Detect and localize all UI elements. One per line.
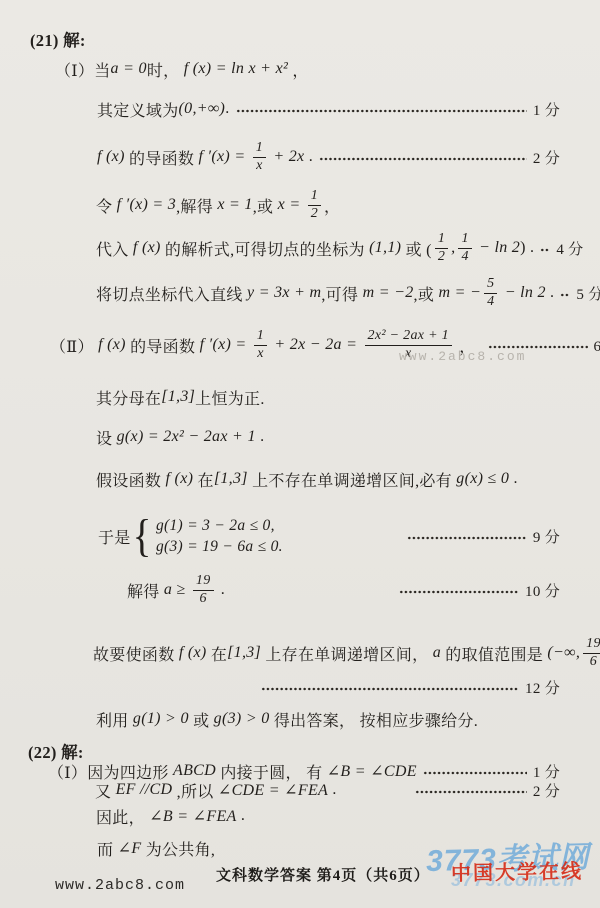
math-run: f (x) bbox=[166, 470, 194, 488]
math-run: g(x) = 2x² − 2ax + 1 bbox=[117, 428, 256, 446]
score-label: 2 分 bbox=[533, 147, 560, 168]
m-values-line: 将切点坐标代入直线 y = 3x + m,可得 m = −2,或 m = −54… bbox=[96, 272, 560, 314]
fraction-numerator: 1 bbox=[308, 188, 321, 206]
equation-system: {g(1) = 3 − 2a ≤ 0,g(3) = 19 − 6a ≤ 0. bbox=[131, 516, 283, 555]
therefore-line: 因此， ∠B = ∠FEA . bbox=[96, 804, 560, 828]
math-run: − ln 2 bbox=[475, 239, 520, 257]
text-run: 在 bbox=[193, 468, 214, 491]
conclusion-range-line: 故要使函数 f (x) 在[1,3] 上存在单调递增区间， a 的取值范围是 (… bbox=[93, 632, 560, 674]
score-label: 2 分 bbox=[533, 780, 560, 801]
system-line: 于是{g(1) = 3 − 2a ≤ 0,g(3) = 19 − 6a ≤ 0.… bbox=[98, 510, 560, 562]
text-run: . bbox=[237, 807, 246, 825]
math-run: f (x) bbox=[97, 148, 125, 166]
dotted-leader bbox=[540, 244, 550, 256]
text-run: . bbox=[546, 284, 555, 302]
define-g-line: 设 g(x) = 2x² − 2ax + 1 . bbox=[96, 424, 560, 450]
fraction-numerator: 5 bbox=[484, 276, 497, 294]
math-run: a = 0 bbox=[111, 60, 147, 78]
text-run: ) . bbox=[520, 239, 534, 257]
text-run: ,可得 bbox=[321, 282, 362, 305]
dotted-leader bbox=[236, 105, 527, 117]
text-run: . bbox=[225, 100, 229, 118]
math-run: g(3) > 0 bbox=[214, 710, 270, 728]
text-run: 为公共角, bbox=[141, 837, 215, 860]
brace-glyph: { bbox=[132, 516, 151, 555]
text-run: 得出答案， 按相应步骤给分. bbox=[270, 708, 479, 731]
text-run: ， bbox=[324, 194, 340, 217]
math-run: g(1) > 0 bbox=[133, 710, 189, 728]
problem-21-header: (21) 解: bbox=[30, 28, 560, 50]
solve-a-line: 解得 a ≥ 196 .10 分 bbox=[127, 570, 560, 610]
math-run: y = 3x + m bbox=[247, 284, 321, 302]
math-run: f (x) = ln x + x² bbox=[184, 60, 288, 78]
math-run: x = 1 bbox=[217, 196, 252, 214]
text-run: 假设函数 bbox=[96, 468, 166, 491]
text-run: 在 bbox=[207, 642, 228, 665]
math-run: f ′(x) = bbox=[200, 336, 251, 354]
math-run: − ln 2 bbox=[500, 284, 545, 302]
equation-row: g(3) = 19 − 6a ≤ 0. bbox=[156, 538, 283, 556]
derivative-line: f (x) 的导函数 f ′(x) = 1x + 2x .2 分 bbox=[97, 135, 560, 179]
dotted-leader bbox=[399, 586, 519, 598]
text-run: 上存在单调递增区间， bbox=[261, 642, 433, 665]
dotted-leader bbox=[560, 289, 570, 301]
text-run: . bbox=[217, 581, 226, 599]
dotted-leader bbox=[415, 786, 527, 798]
text-run: 上不存在单调递增区间,必有 bbox=[248, 468, 457, 491]
footer-site-url: www.2abc8.com bbox=[55, 877, 185, 894]
fraction-denominator: x bbox=[254, 158, 265, 175]
math-run: a ≥ bbox=[164, 581, 190, 599]
dotted-leader bbox=[423, 767, 527, 779]
math-run: f (x) bbox=[133, 239, 161, 257]
text-run: 将切点坐标代入直线 bbox=[96, 282, 247, 305]
math-run: [1,3] bbox=[161, 388, 195, 406]
text-run: ,或 bbox=[414, 282, 439, 305]
math-run: a bbox=[433, 644, 441, 662]
brand-watermark-university: 中国大学在线 bbox=[451, 855, 583, 886]
score-label: 9 分 bbox=[533, 526, 560, 547]
text-run: 解得 bbox=[127, 579, 164, 602]
math-run: ∠B = ∠CDE bbox=[327, 761, 417, 781]
math-run: ABCD bbox=[173, 762, 216, 780]
fraction-denominator: 6 bbox=[198, 591, 209, 608]
math-run: f ′(x) = 3 bbox=[117, 196, 177, 214]
fraction-denominator: 4 bbox=[459, 249, 470, 266]
problem-22-header: (22) 解: bbox=[28, 741, 560, 761]
math-run: ∠CDE = ∠FEA bbox=[218, 780, 328, 800]
document-page: (21) 解:（Ⅰ）当a = 0时， f (x) = ln x + x² ，其定… bbox=[0, 0, 600, 908]
math-run: m = −2 bbox=[363, 284, 414, 302]
math-run: f (x) bbox=[98, 336, 126, 354]
inline-watermark-text: www.2abc8.com bbox=[399, 349, 526, 364]
score-label: 1 分 bbox=[533, 99, 560, 120]
dotted-leader bbox=[319, 153, 527, 165]
math-run: ∠F bbox=[118, 838, 142, 858]
text-run: （Ⅱ） bbox=[50, 334, 98, 357]
text-run: 或 bbox=[189, 708, 214, 731]
fraction-numerator: 2x² − 2ax + 1 bbox=[365, 328, 452, 346]
part1-intro-line: （Ⅰ）当a = 0时， f (x) = ln x + x² ， bbox=[55, 56, 560, 82]
text-run: ， bbox=[288, 58, 309, 81]
text-run: . bbox=[328, 781, 337, 799]
fraction: 54 bbox=[484, 276, 497, 311]
denominator-positive-line: 其分母在[1,3]上恒为正. bbox=[96, 385, 560, 409]
score-label: 5 分 bbox=[576, 283, 600, 304]
section-heading: (21) 解: bbox=[30, 27, 86, 51]
fraction: 14 bbox=[458, 231, 471, 266]
text-run: （Ⅰ）当 bbox=[55, 58, 111, 81]
text-run: ,解得 bbox=[176, 194, 217, 217]
math-run: f (x) bbox=[179, 644, 207, 662]
text-run: 因此， bbox=[96, 805, 149, 828]
text-run: . bbox=[256, 428, 265, 446]
math-run: + 2x − 2a = bbox=[270, 336, 361, 354]
grading-note-line: 利用 g(1) > 0 或 g(3) > 0 得出答案， 按相应步骤给分. bbox=[96, 706, 560, 732]
text-run: 的导函数 bbox=[125, 146, 199, 169]
text-run: 其定义域为 bbox=[97, 98, 179, 121]
text-run: 代入 bbox=[96, 237, 133, 260]
footer-page-indicator: 文科数学答案 第4页（共6页） bbox=[216, 864, 430, 885]
score-12-line: 12 分 bbox=[255, 676, 560, 698]
fraction-numerator: 19 bbox=[193, 573, 214, 591]
math-run: , bbox=[451, 239, 455, 257]
fraction: 12 bbox=[435, 231, 448, 266]
text-run: 的导函数 bbox=[126, 334, 200, 357]
fraction: 12 bbox=[308, 188, 321, 223]
dotted-leader bbox=[261, 683, 519, 695]
math-run: EF //CD bbox=[116, 781, 173, 799]
text-run: 上恒为正. bbox=[195, 386, 265, 409]
score-label: 6 分 bbox=[594, 335, 600, 356]
text-run: 时， bbox=[147, 58, 184, 81]
fraction-numerator: 1 bbox=[253, 140, 266, 158]
equation-row: g(1) = 3 − 2a ≤ 0, bbox=[156, 517, 283, 535]
text-run: 的取值范围是 bbox=[441, 642, 547, 665]
fraction-numerator: 1 bbox=[458, 231, 471, 249]
text-run: 设 bbox=[96, 426, 117, 449]
fraction: 196 bbox=[583, 636, 600, 671]
math-run: [1,3] bbox=[227, 644, 261, 662]
assumption-line: 假设函数 f (x) 在[1,3] 上不存在单调递增区间,必有 g(x) ≤ 0… bbox=[96, 466, 560, 492]
equation-rows: g(1) = 3 − 2a ≤ 0,g(3) = 19 − 6a ≤ 0. bbox=[156, 517, 283, 556]
fraction-denominator: 4 bbox=[485, 294, 496, 311]
math-run: (1,1) bbox=[369, 239, 401, 257]
fraction-denominator: 2 bbox=[436, 249, 447, 266]
score-label: 4 分 bbox=[556, 238, 583, 259]
math-run: g(x) ≤ 0 bbox=[456, 470, 509, 488]
text-run: 而 bbox=[97, 837, 118, 860]
math-run: + 2x bbox=[269, 148, 304, 166]
text-run: 其分母在 bbox=[96, 386, 161, 409]
fraction-numerator: 19 bbox=[583, 636, 600, 654]
score-label: 12 分 bbox=[525, 677, 560, 698]
fraction-denominator: 6 bbox=[588, 654, 599, 671]
fraction-denominator: x bbox=[255, 346, 266, 363]
text-run: 又 bbox=[95, 779, 116, 802]
math-run: [1,3] bbox=[214, 470, 248, 488]
text-run: 的解析式,可得切点的坐标为 bbox=[161, 237, 370, 260]
parallel-line: 又 EF //CD ,所以 ∠CDE = ∠FEA .2 分 bbox=[95, 779, 560, 801]
math-run: m = − bbox=[438, 284, 481, 302]
fraction-numerator: 1 bbox=[435, 231, 448, 249]
math-run: x = bbox=[278, 196, 305, 214]
text-run: 利用 bbox=[96, 708, 133, 731]
tangent-points-line: 代入 f (x) 的解析式,可得切点的坐标为 (1,1) 或 (12,14 − … bbox=[96, 227, 560, 269]
math-run: f ′(x) = bbox=[199, 148, 250, 166]
text-run: . bbox=[509, 470, 518, 488]
score-label: 10 分 bbox=[525, 580, 560, 601]
fraction: 1x bbox=[254, 328, 267, 363]
text-run: 或 ( bbox=[401, 237, 432, 260]
fraction-denominator: 2 bbox=[309, 206, 320, 223]
math-run: ∠B = ∠FEA bbox=[149, 806, 236, 826]
math-run: (0,+∞) bbox=[179, 100, 226, 118]
text-run: 令 bbox=[96, 194, 117, 217]
fraction-numerator: 1 bbox=[254, 328, 267, 346]
text-run: 于是 bbox=[98, 525, 131, 548]
domain-line: 其定义域为(0,+∞).1 分 bbox=[97, 97, 560, 121]
text-run: 故要使函数 bbox=[93, 642, 179, 665]
text-run: . bbox=[304, 148, 313, 166]
fraction: 1x bbox=[253, 140, 266, 175]
dotted-leader bbox=[407, 532, 527, 544]
math-run: (−∞, bbox=[547, 644, 580, 662]
text-run: ,或 bbox=[253, 194, 278, 217]
fraction: 196 bbox=[193, 573, 214, 608]
solve-slope-line: 令 f ′(x) = 3,解得 x = 1,或 x = 12， bbox=[96, 183, 560, 227]
text-run: ,所以 bbox=[172, 779, 218, 802]
